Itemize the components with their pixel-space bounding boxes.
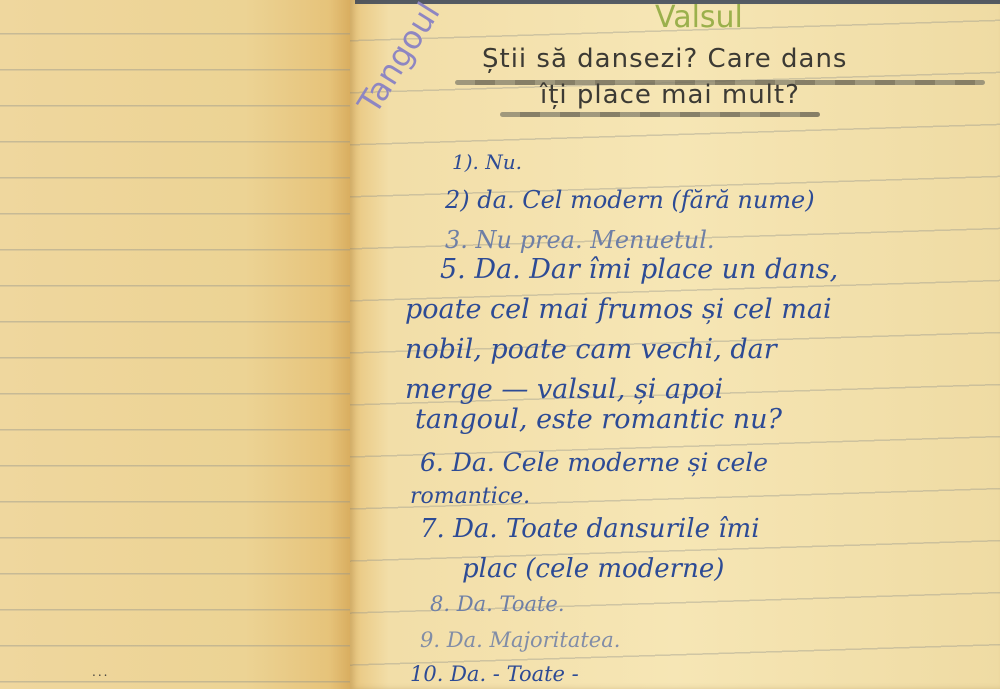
answer-num: 7. Da.	[420, 514, 498, 544]
answer-num: 9.	[420, 628, 440, 652]
answer-3: 3. Nu prea. Menuetul.	[445, 226, 715, 254]
question-line-1: Știi să dansezi? Care dans	[482, 44, 847, 74]
answer-10: 10. Da. - Toate -	[410, 662, 579, 686]
answer-text: Da. Dar îmi place un dans,	[474, 254, 838, 285]
answer-text: da. Cel modern (fără nume)	[477, 186, 814, 214]
answer-text: Da. - Toate -	[450, 662, 579, 686]
answer-num: 2)	[445, 186, 470, 214]
answer-5: 5. Da. Dar îmi place un dans,	[440, 254, 838, 285]
answer-8: 8. Da. Toate.	[430, 592, 565, 616]
answer-num: 6.	[420, 448, 444, 477]
answer-5-line-4: merge — valsul, și apoi	[405, 374, 723, 405]
answer-6: 6. Da. Cele moderne și cele	[420, 448, 768, 477]
answer-num: 5.	[440, 254, 466, 285]
annotation-valsul: Valsul	[655, 0, 743, 35]
answer-text: Da. Toate.	[457, 592, 565, 616]
answer-5-line-3: nobil, poate cam vechi, dar	[405, 334, 777, 365]
answer-5-line-5: tangoul, este romantic nu?	[415, 404, 782, 435]
answer-num: 8.	[430, 592, 450, 616]
answer-text: Nu.	[485, 150, 522, 174]
answer-7: 7. Da. Toate dansurile îmi	[420, 514, 760, 544]
answer-6-line-2: romantice.	[410, 484, 530, 509]
answer-text: Nu prea. Menuetul.	[476, 226, 715, 254]
answer-num: 1).	[452, 150, 479, 174]
left-page: ...	[0, 0, 350, 689]
answer-text: Toate dansurile îmi	[506, 514, 760, 544]
answer-1: 1). Nu.	[452, 150, 522, 174]
answer-2: 2) da. Cel modern (fără nume)	[445, 186, 815, 214]
answer-num: 10.	[410, 662, 443, 686]
question-line-2: îți place mai mult?	[540, 80, 800, 110]
answer-text: Da. Cele moderne și cele	[452, 448, 768, 477]
answer-text: Da. Majoritatea.	[447, 628, 621, 652]
answer-num: 3.	[445, 226, 468, 254]
answer-9: 9. Da. Majoritatea.	[420, 628, 620, 652]
ink-stains: ...	[92, 665, 109, 679]
notebook-spread: ... Valsul Tangoul Știi să dansezi? Care…	[0, 0, 1000, 689]
answer-7-line-2: plac (cele moderne)	[462, 554, 724, 584]
question-underline-2	[500, 112, 820, 117]
answer-5-line-2: poate cel mai frumos și cel mai	[405, 294, 832, 325]
